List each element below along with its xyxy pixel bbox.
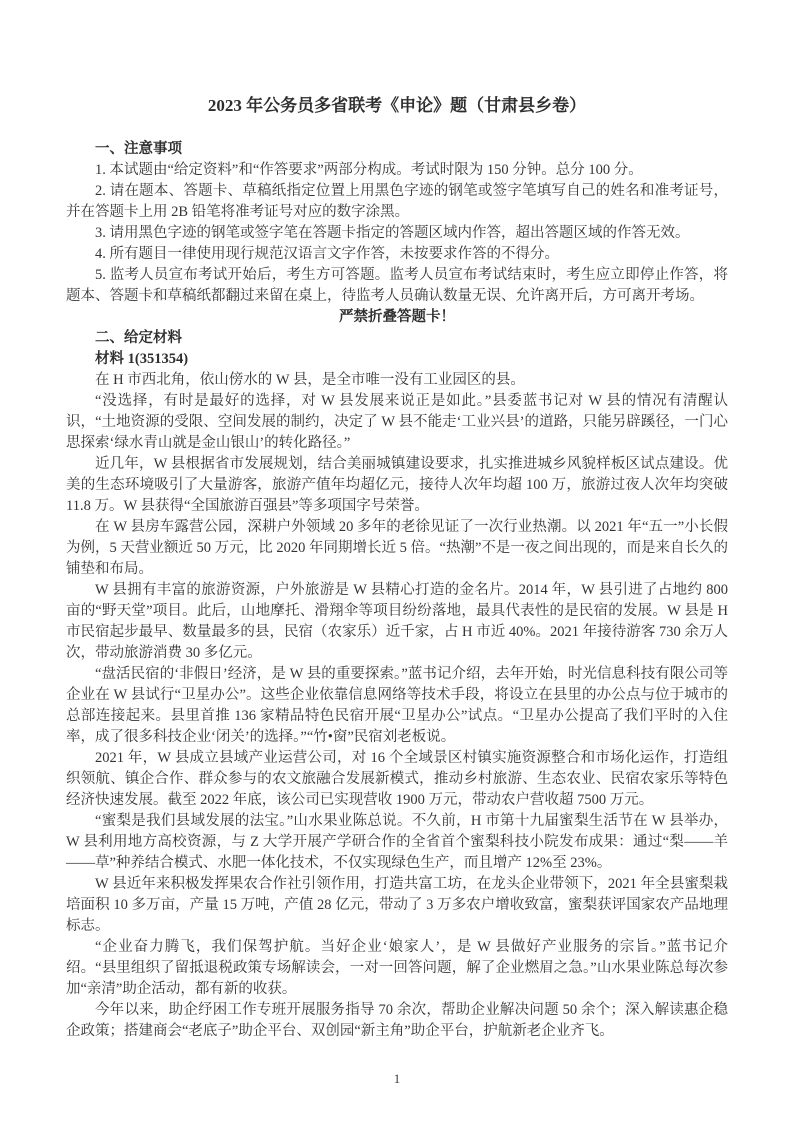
warning-text: 严禁折叠答题卡！ xyxy=(66,307,728,328)
exam-paper-page: 2023 年公务员多省联考《申论》题（甘肃县乡卷） 一、注意事项 1. 本试题由… xyxy=(0,0,800,1131)
material-paragraph-6: “盘活民宿的‘非假日’经济，是 W 县的重要探索。”蓝书记介绍，去年开始，时光信… xyxy=(66,664,728,748)
material-paragraph-2: “没选择，有时是最好的选择，对 W 县发展来说正是如此。”县委蓝书记对 W 县的… xyxy=(66,391,728,454)
material-paragraph-10: “企业奋力腾飞，我们保驾护航。当好企业‘娘家人’，是 W 县做好产业服务的宗旨。… xyxy=(66,937,728,1000)
notice-item-5: 5. 监考人员宣布考试开始后，考生方可答题。监考人员宣布考试结束时，考生应立即停… xyxy=(66,265,728,307)
notice-item-1: 1. 本试题由“给定资料”和“作答要求”两部分构成。考试时限为 150 分钟。总… xyxy=(66,160,728,181)
notice-section-heading: 一、注意事项 xyxy=(66,139,728,160)
material-1-label: 材料 1(351354) xyxy=(66,349,728,370)
material-paragraph-9: W 县近年来积极发挥果农合作社引领作用，打造共富工坊，在龙头企业带领下，2021… xyxy=(66,874,728,937)
material-paragraph-8: “蜜梨是我们县域发展的法宝。”山水果业陈总说。不久前，H 市第十九届蜜梨生活节在… xyxy=(66,811,728,874)
material-paragraph-1: 在 H 市西北角，依山傍水的 W 县，是全市唯一没有工业园区的县。 xyxy=(66,370,728,391)
materials-section-heading: 二、给定材料 xyxy=(66,328,728,349)
notice-item-2: 2. 请在题本、答题卡、草稿纸指定位置上用黑色字迹的钢笔或签字笔填写自己的姓名和… xyxy=(66,181,728,223)
notice-item-4: 4. 所有题目一律使用现行规范汉语言文字作答，未按要求作答的不得分。 xyxy=(66,244,728,265)
material-paragraph-11: 今年以来，助企纾困工作专班开展服务指导 70 余次，帮助企业解决问题 50 余个… xyxy=(66,1000,728,1042)
notice-item-3: 3. 请用黑色字迹的钢笔或签字笔在答题卡指定的答题区域内作答，超出答题区域的作答… xyxy=(66,223,728,244)
material-paragraph-3: 近几年，W 县根据省市发展规划，结合美丽城镇建设要求，扎实推进城乡风貌样板区试点… xyxy=(66,454,728,517)
material-paragraph-7: 2021 年，W 县成立县域产业运营公司，对 16 个全域景区村镇实施资源整合和… xyxy=(66,748,728,811)
material-paragraph-4: 在 W 县房车露营公园，深耕户外领域 20 多年的老徐见证了一次行业热潮。以 2… xyxy=(66,517,728,580)
page-number: 1 xyxy=(66,1068,728,1089)
page-title: 2023 年公务员多省联考《申论》题（甘肃县乡卷） xyxy=(66,95,728,117)
material-paragraph-5: W 县拥有丰富的旅游资源，户外旅游是 W 县精心打造的金名片。2014 年，W … xyxy=(66,580,728,664)
